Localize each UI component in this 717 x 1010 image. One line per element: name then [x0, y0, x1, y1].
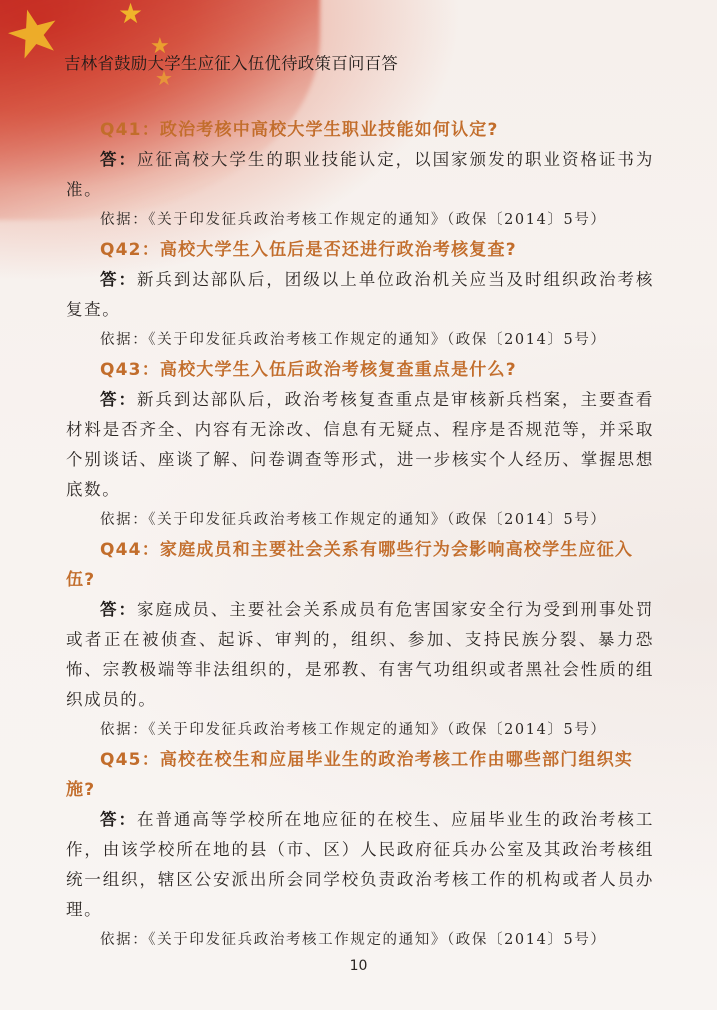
- qa-item-q44: Q44：家庭成员和主要社会关系有哪些行为会影响高校学生应征入伍? 答：家庭成员、…: [66, 535, 654, 745]
- basis-citation: 依据：《关于印发征兵政治考核工作规定的通知》（政保〔2014〕5号）: [66, 715, 654, 745]
- answer-text: 应征高校大学生的职业技能认定，以国家颁发的职业资格证书为准。: [66, 150, 654, 199]
- answer-label: 答：: [100, 390, 137, 409]
- question-heading: Q41：政治考核中高校大学生职业技能如何认定?: [66, 115, 654, 145]
- qa-item-q42: Q42：高校大学生入伍后是否还进行政治考核复查? 答：新兵到达部队后，团级以上单…: [66, 235, 654, 355]
- answer-label: 答：: [100, 270, 137, 289]
- question-heading: Q43：高校大学生入伍后政治考核复查重点是什么?: [66, 355, 654, 385]
- flag-small-star-icon: ★: [118, 0, 143, 28]
- answer-paragraph: 答：在普通高等学校所在地应征的在校生、应届毕业生的政治考核工作，由该学校所在地的…: [66, 805, 654, 925]
- basis-citation: 依据：《关于印发征兵政治考核工作规定的通知》（政保〔2014〕5号）: [66, 925, 654, 955]
- qa-item-q45: Q45：高校在校生和应届毕业生的政治考核工作由哪些部门组织实施? 答：在普通高等…: [66, 745, 654, 955]
- answer-label: 答：: [100, 150, 137, 169]
- answer-paragraph: 答：新兵到达部队后，政治考核复查重点是审核新兵档案，主要查看材料是否齐全、内容有…: [66, 385, 654, 505]
- answer-paragraph: 答：应征高校大学生的职业技能认定，以国家颁发的职业资格证书为准。: [66, 145, 654, 205]
- basis-citation: 依据：《关于印发征兵政治考核工作规定的通知》（政保〔2014〕5号）: [66, 505, 654, 535]
- qa-item-q41: Q41：政治考核中高校大学生职业技能如何认定? 答：应征高校大学生的职业技能认定…: [66, 115, 654, 235]
- answer-text: 新兵到达部队后，政治考核复查重点是审核新兵档案，主要查看材料是否齐全、内容有无涂…: [66, 390, 654, 499]
- answer-text: 在普通高等学校所在地应征的在校生、应届毕业生的政治考核工作，由该学校所在地的县（…: [66, 810, 654, 919]
- question-heading: Q45：高校在校生和应届毕业生的政治考核工作由哪些部门组织实施?: [66, 745, 654, 805]
- answer-label: 答：: [100, 810, 137, 829]
- question-heading: Q44：家庭成员和主要社会关系有哪些行为会影响高校学生应征入伍?: [66, 535, 654, 595]
- answer-label: 答：: [100, 600, 137, 619]
- basis-citation: 依据：《关于印发征兵政治考核工作规定的通知》（政保〔2014〕5号）: [66, 325, 654, 355]
- answer-paragraph: 答：新兵到达部队后，团级以上单位政治机关应当及时组织政治考核复查。: [66, 265, 654, 325]
- document-header-title: 吉林省鼓励大学生应征入伍优待政策百问百答: [64, 50, 398, 74]
- basis-citation: 依据：《关于印发征兵政治考核工作规定的通知》（政保〔2014〕5号）: [66, 205, 654, 235]
- answer-text: 家庭成员、主要社会关系成员有危害国家安全行为受到刑事处罚或者正在被侦查、起诉、审…: [66, 600, 654, 709]
- answer-paragraph: 答：家庭成员、主要社会关系成员有危害国家安全行为受到刑事处罚或者正在被侦查、起诉…: [66, 595, 654, 715]
- qa-item-q43: Q43：高校大学生入伍后政治考核复查重点是什么? 答：新兵到达部队后，政治考核复…: [66, 355, 654, 535]
- question-heading: Q42：高校大学生入伍后是否还进行政治考核复查?: [66, 235, 654, 265]
- qa-content: Q41：政治考核中高校大学生职业技能如何认定? 答：应征高校大学生的职业技能认定…: [66, 115, 654, 955]
- answer-text: 新兵到达部队后，团级以上单位政治机关应当及时组织政治考核复查。: [66, 270, 654, 319]
- page-number: 10: [0, 958, 717, 974]
